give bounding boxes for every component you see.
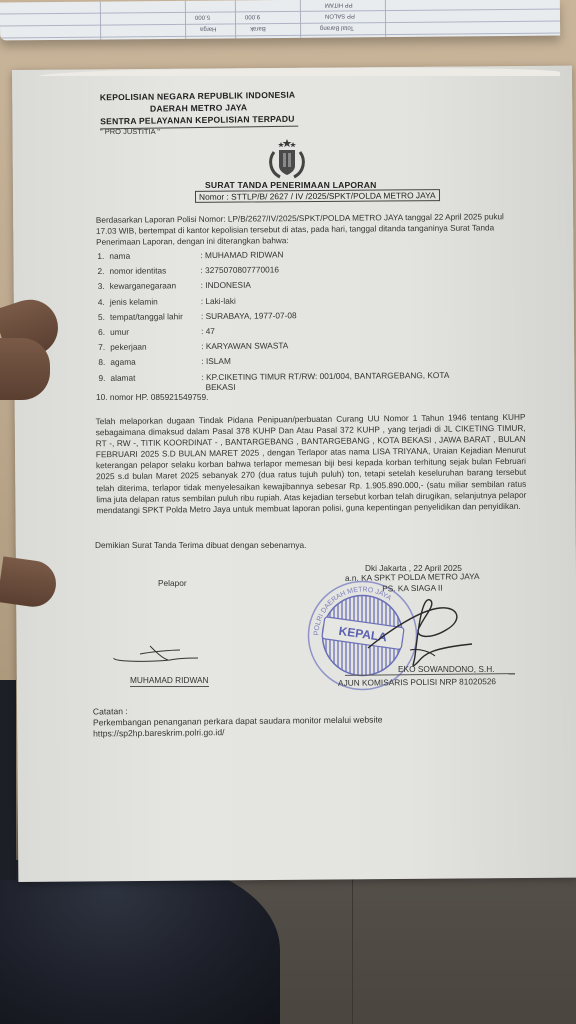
bg-paper-text: PP HITAM bbox=[325, 1, 353, 7]
field-value: : Laki-laki bbox=[201, 295, 236, 305]
background-papers: Total Barang Barak Harga PP SALON PP HIT… bbox=[0, 0, 560, 40]
note-section: Catatan : Perkembangan penanganan perkar… bbox=[93, 703, 383, 739]
field-value: : 3275070807770016 bbox=[200, 265, 279, 276]
field-label: pekerjaan bbox=[110, 342, 147, 352]
address-line-2: BEKASI bbox=[202, 379, 450, 392]
reporter-name: MUHAMAD RIDWAN bbox=[130, 675, 209, 687]
finger bbox=[0, 338, 50, 400]
field-label: alamat bbox=[110, 372, 135, 382]
polri-crest-icon bbox=[262, 138, 312, 180]
bg-paper-text: 5.000 bbox=[195, 14, 210, 20]
field-label: jenis kelamin bbox=[110, 296, 158, 306]
field-value: : MUHAMAD RIDWAN bbox=[200, 249, 283, 260]
field-value: : SURABAYA, 1977-07-08 bbox=[201, 310, 297, 321]
field-value: : ISLAM bbox=[201, 356, 231, 366]
field-value: : 47 bbox=[201, 326, 215, 336]
field-value: : KP.CIKETING TIMUR RT/RW: 001/004, BANT… bbox=[201, 369, 449, 392]
bg-paper-text: Barak bbox=[250, 25, 266, 31]
reporter-label: Pelapor bbox=[158, 578, 187, 588]
phone-number: 10. nomor HP. 085921549759. bbox=[96, 392, 208, 402]
left-shadow bbox=[0, 680, 16, 880]
bg-paper-text: 9.000 bbox=[245, 13, 260, 19]
closing-statement: Demikian Surat Tanda Terima dibuat denga… bbox=[95, 540, 306, 550]
document-number: Nomor : STTLP/B/ 2627 / IV /2025/SPKT/PO… bbox=[195, 189, 440, 203]
reporter-signature bbox=[110, 642, 200, 666]
field-label: kewarganegaraan bbox=[110, 281, 177, 292]
field-label: tempat/tanggal lahir bbox=[110, 311, 183, 322]
field-label: nama bbox=[109, 251, 130, 261]
field-value: : INDONESIA bbox=[201, 280, 251, 290]
field-label: nomor identitas bbox=[109, 266, 166, 276]
bg-paper-text: Total Barang bbox=[320, 24, 354, 30]
field-label: umur bbox=[110, 327, 129, 337]
pro-justitia: " PRO JUSTITIA " bbox=[100, 127, 160, 136]
intro-paragraph: Berdasarkan Laporan Polisi Nomor: LP/B/2… bbox=[96, 211, 516, 248]
officer-rank: AJUN KOMISARIS POLISI NRP 81020526 bbox=[338, 676, 496, 688]
field-value: : KARYAWAN SWASTA bbox=[201, 340, 288, 351]
field-label: agama bbox=[110, 357, 135, 367]
document-header: KEPOLISIAN NEGARA REPUBLIK INDONESIA DAE… bbox=[100, 89, 299, 130]
report-body: Telah melaporkan dugaan Tindak Pidana Pe… bbox=[95, 412, 526, 516]
document-title: SURAT TANDA PENERIMAAN LAPORAN bbox=[205, 180, 377, 190]
bg-paper-text: Harga bbox=[200, 26, 216, 32]
bg-paper-text: PP SALON bbox=[325, 12, 355, 18]
